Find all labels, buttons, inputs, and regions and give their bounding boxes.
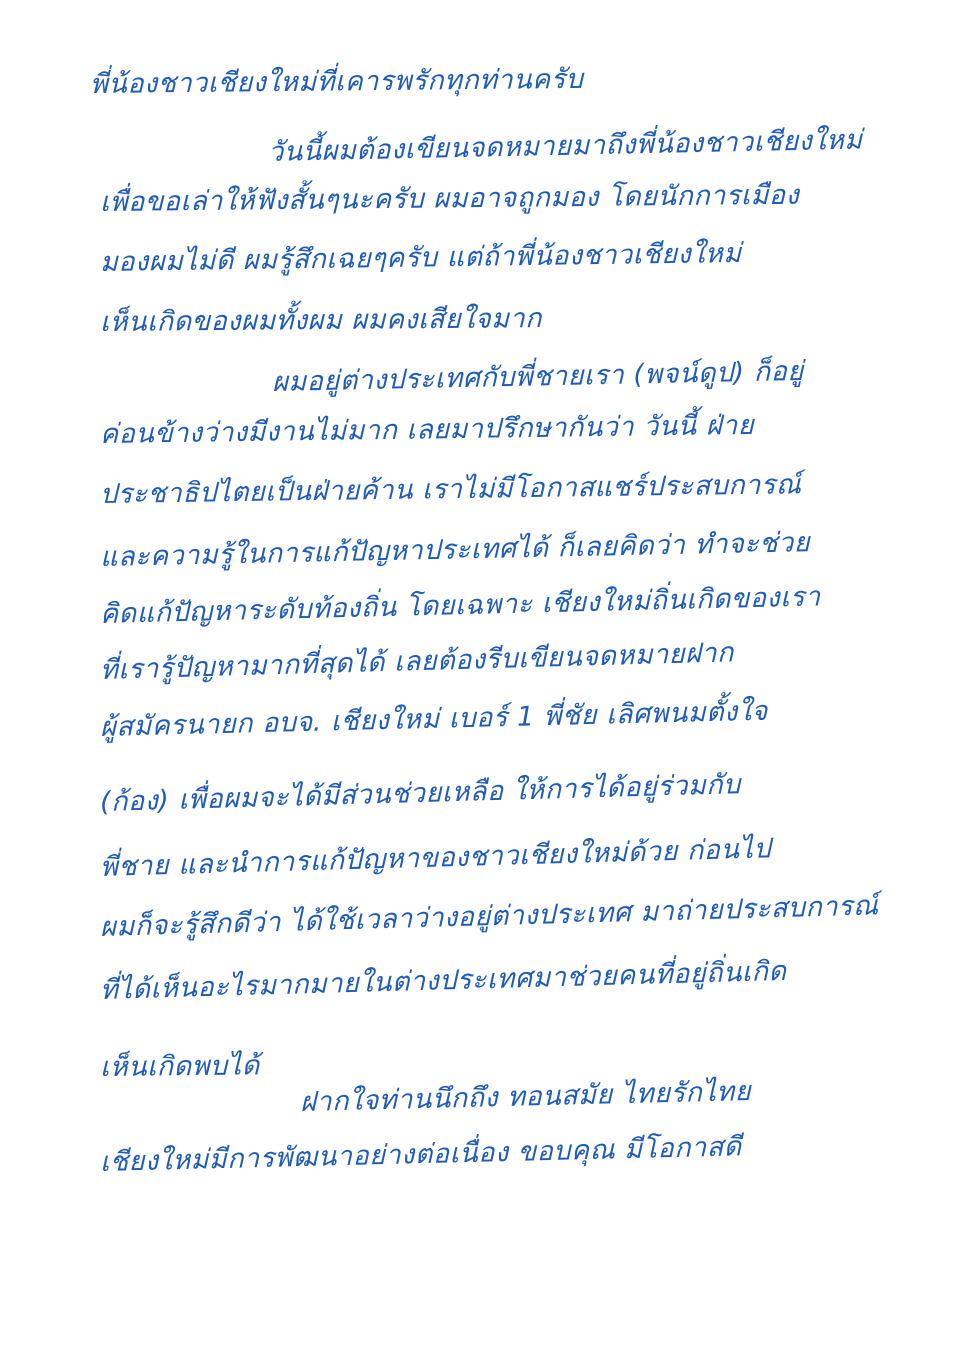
letter-line: เห็นเกิดของผมทั้งผม ผมคงเสียใจมาก <box>100 296 542 343</box>
letter-line: ค่อนข้างว่างมีงานไม่มาก เลยมาปรึกษากันว่… <box>100 403 755 455</box>
letter-line: เห็นเกิดพบได้ <box>100 1043 260 1088</box>
letter-line: (ก้อง) เพื่อผมจะได้มีส่วนช่วยเหลือ ให้กา… <box>99 762 741 823</box>
letter-line: พี่ชาย และนำการแก้ปัญหาของชาวเชียงใหม่ด้… <box>99 826 771 888</box>
letter-line: เพื่อขอเล่าให้ฟังสั้นๆนะครับ ผมอาจถูกมอง… <box>100 173 800 223</box>
letter-line: ที่เรารู้ปัญหามากที่สุดได้ เลยต้องรีบเขี… <box>99 630 734 691</box>
letter-salutation: พี่น้องชาวเชียงใหม่ที่เคารพรักทุกท่านครั… <box>90 57 584 105</box>
letter-line: มองผมไม่ดี ผมรู้สึกเฉยๆครับ แต่ถ้าพี่น้อ… <box>100 231 742 283</box>
letter-line: ผมอยู่ต่างประเทศกับพี่ชายเรา (พจน์ดูป) ก… <box>272 349 804 403</box>
letter-closing-line: เชียงใหม่มีการพัฒนาอย่างต่อเนื่อง ขอบคุณ… <box>99 1124 742 1183</box>
letter-closing-line: ฝากใจท่านนึกถึง ทอนสมัย ไทยรักไทย <box>299 1069 751 1123</box>
letter-line: ผู้สมัครนายก อบจ. เชียงใหม่ เบอร์ 1 พี่ช… <box>99 689 768 748</box>
letter-line: คิดแก้ปัญหาระดับท้องถิ่น โดยเฉพาะ เชียงใ… <box>99 574 821 635</box>
letter-line: วันนี้ผมต้องเขียนจดหมายมาถึงพี่น้องชาวเช… <box>268 118 863 173</box>
letter-page: พี่น้องชาวเชียงใหม่ที่เคารพรักทุกท่านครั… <box>0 0 960 1356</box>
letter-line: และความรู้ในการแก้ปัญหาประเทศได้ ก็เลยคิ… <box>100 520 811 578</box>
letter-line: ที่ได้เห็นอะไรมากมายในต่างประเทศมาช่วยคน… <box>99 949 787 1011</box>
letter-line: ผมก็จะรู้สึกดีว่า ได้ใช้เวลาว่างอยู่ต่าง… <box>99 883 879 948</box>
letter-line: ประชาธิปไตยเป็นฝ่ายค้าน เราไม่มีโอกาสแชร… <box>100 462 802 515</box>
